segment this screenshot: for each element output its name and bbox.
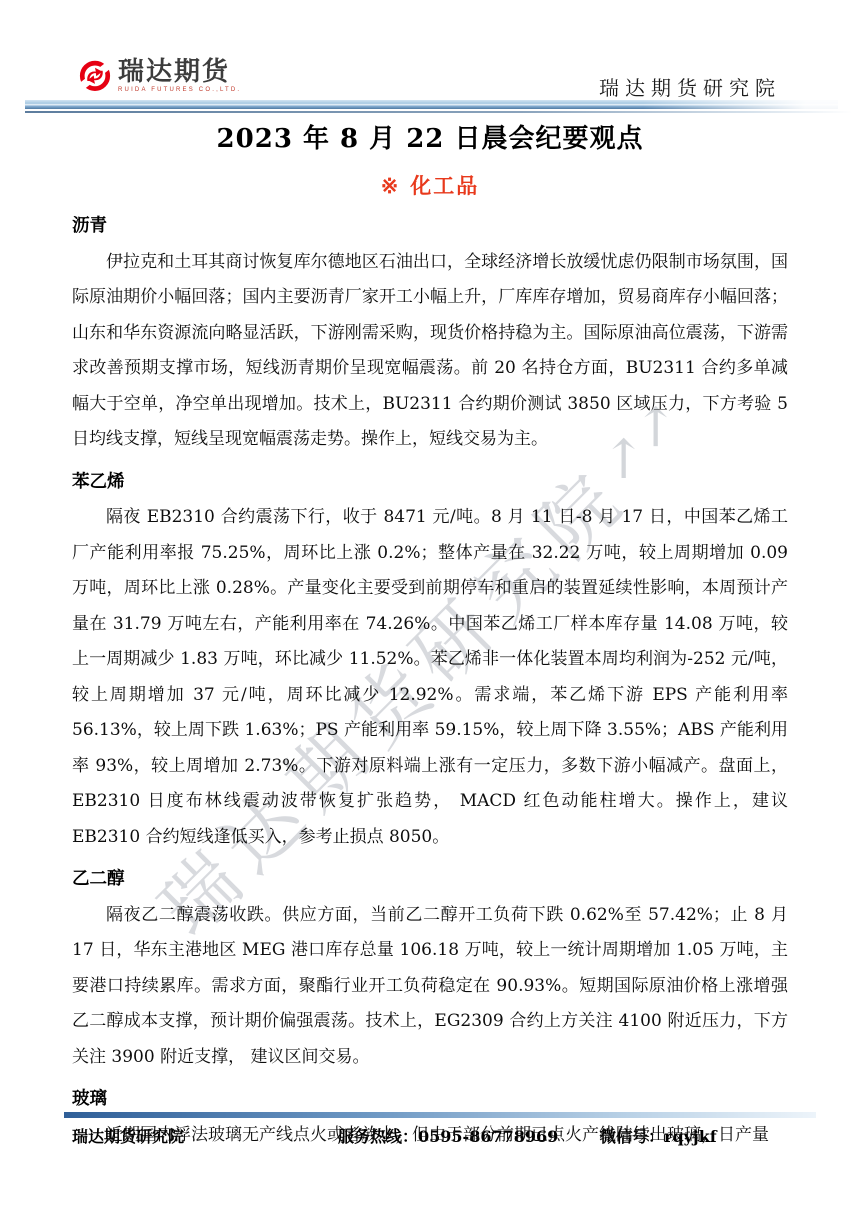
page-title: 2023 年 8 月 22 日晨会纪要观点 bbox=[0, 118, 860, 155]
report-page: 瑞达期货 RUIDA FUTURES CO.,LTD. 瑞达期货研究院 2023… bbox=[0, 0, 860, 1217]
section-paragraph: 近期国内浮法玻璃无产线点火或者放水，但由于部分前期已点火产线陆续出玻璃，日产量 bbox=[72, 1118, 788, 1154]
category-label: 化工品 bbox=[410, 173, 479, 198]
section-heading: 苯乙烯 bbox=[72, 465, 788, 501]
section-paragraph: 隔夜乙二醇震荡收跌。供应方面，当前乙二醇开工负荷下跌 0.62%至 57.42%… bbox=[72, 898, 788, 1076]
section-heading: 玻璃 bbox=[72, 1082, 788, 1118]
section-heading: 沥青 bbox=[72, 209, 788, 245]
brand-name: 瑞达期货 bbox=[118, 57, 241, 85]
brand-subname: RUIDA FUTURES CO.,LTD. bbox=[118, 87, 241, 93]
header-institute-title: 瑞达期货研究院 bbox=[599, 72, 781, 101]
brand-logo: 瑞达期货 RUIDA FUTURES CO.,LTD. bbox=[78, 57, 241, 93]
ruida-logo-icon bbox=[78, 57, 112, 93]
category-marker: ※ bbox=[381, 173, 401, 198]
section-paragraph: 伊拉克和土耳其商讨恢复库尔德地区石油出口，全球经济增长放缓忧虑仍限制市场氛围，国… bbox=[72, 245, 788, 458]
category-heading: ※化工品 bbox=[0, 170, 860, 200]
section-paragraph: 隔夜 EB2310 合约震荡下行，收于 8471 元/吨。8 月 11 日-8 … bbox=[72, 500, 788, 855]
section-heading: 乙二醇 bbox=[72, 862, 788, 898]
header-divider-underline bbox=[25, 111, 852, 113]
header-divider-bar bbox=[25, 100, 838, 109]
content: 沥青伊拉克和土耳其商讨恢复库尔德地区石油出口，全球经济增长放缓忧虑仍限制市场氛围… bbox=[72, 202, 788, 1153]
